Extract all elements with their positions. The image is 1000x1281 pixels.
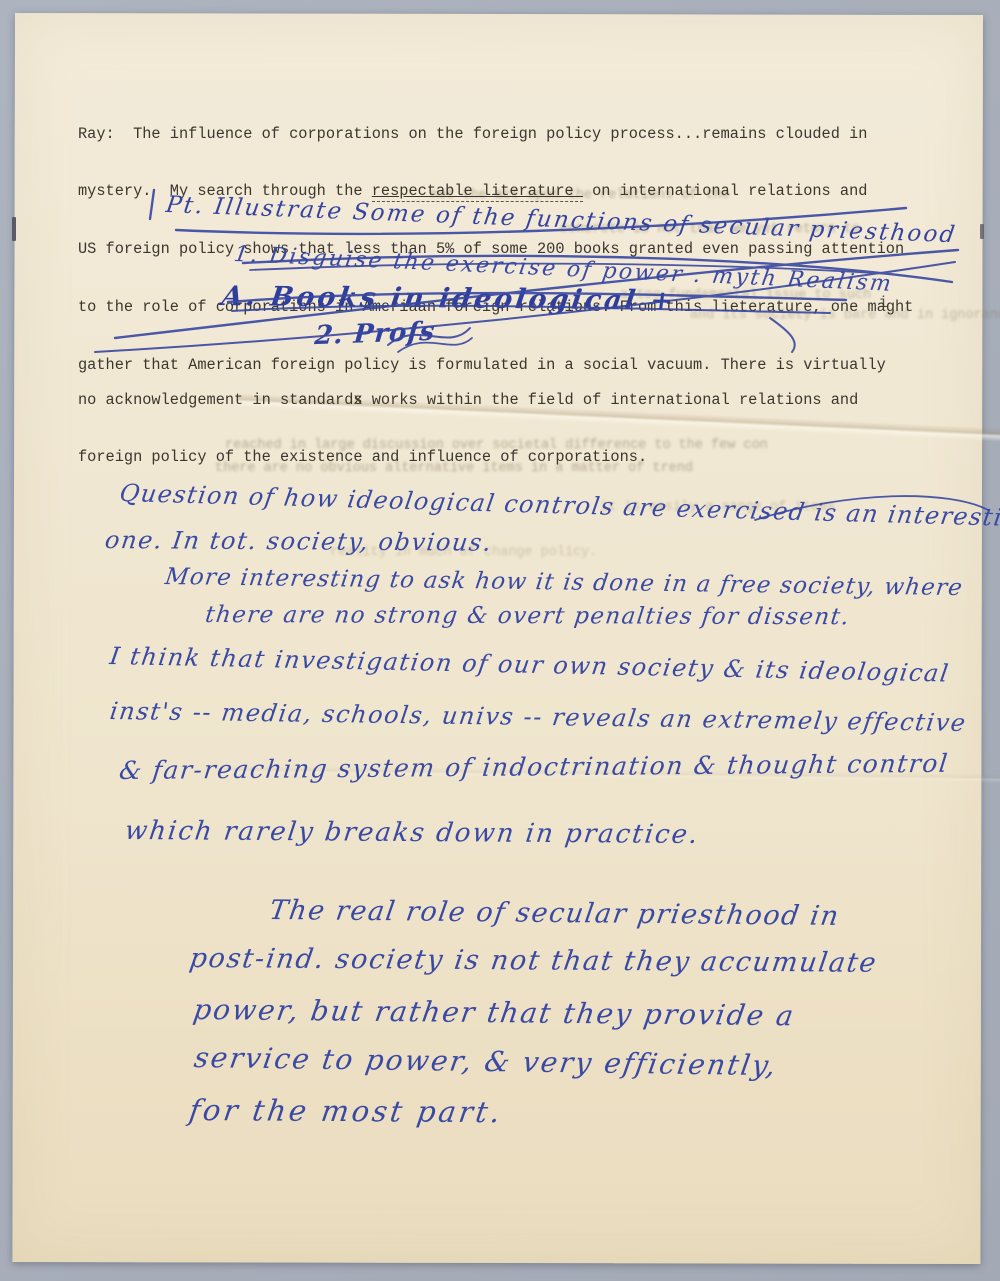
handwritten-note-line: post-ind. society is not that they accum… bbox=[187, 943, 879, 979]
typed-line: no acknowledgement in standardsx works w… bbox=[78, 391, 858, 410]
handwritten-note-line: which rarely breaks down in practice. bbox=[123, 816, 701, 850]
typed-text: works within the field of international … bbox=[363, 391, 859, 409]
overstruck-char: ai bbox=[877, 298, 886, 317]
handwritten-crossed-line: 2. Profs bbox=[313, 317, 436, 351]
overstrike-mark: i bbox=[879, 294, 888, 313]
typed-line: Ray: The influence of corporations on th… bbox=[78, 125, 913, 144]
handwritten-note-line: power, but rather that they provide a bbox=[191, 993, 797, 1032]
overstruck-char: sx bbox=[353, 391, 362, 410]
handwritten-note-line: The real role of secular priesthood in bbox=[267, 895, 842, 932]
underlined-phrase: respectable literature bbox=[372, 182, 583, 202]
overstrike-mark: x bbox=[353, 391, 362, 410]
handwritten-note-line: for the most part. bbox=[187, 1093, 505, 1129]
handwritten-note-line: there are no strong & overt penalties fo… bbox=[204, 602, 852, 630]
typed-text: ght bbox=[886, 298, 914, 316]
typed-line: foreign policy of the existence and infl… bbox=[78, 448, 858, 467]
handwritten-crossed-line: A. Books in ideological + bbox=[220, 281, 678, 317]
typed-text: on international relations and bbox=[583, 182, 868, 200]
left-edge-mark bbox=[12, 217, 16, 241]
handwritten-note-line: one. In tot. society, obvious. bbox=[103, 526, 494, 557]
typed-paragraph-2: no acknowledgement in standardsx works w… bbox=[78, 352, 858, 487]
scanned-document-page: { "colors": { "background": "#a9b0bc", "… bbox=[0, 0, 1000, 1281]
typed-text: no acknowledgement in standard bbox=[78, 391, 353, 409]
right-edge-mark bbox=[980, 224, 984, 239]
